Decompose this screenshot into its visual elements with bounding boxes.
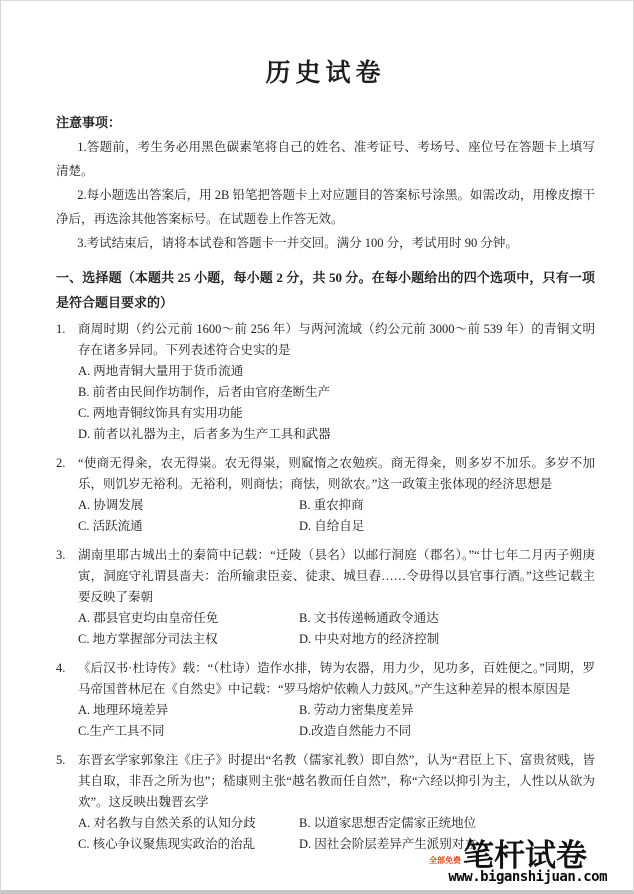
question-body: 《后汉书·杜诗传》载：“（杜诗）造作水排，铸为农器，用力少，见功多，百姓便之。”… <box>78 658 595 742</box>
question-stem: “使商无得籴，农无得粜。农无得粜，则窳惰之农勉疾。商无得籴，则多岁不加乐。多岁不… <box>78 453 595 495</box>
watermark: 全部免费 笔杆试卷 www.biganshijuan.com <box>431 828 607 886</box>
option-d: D.改造自然能力不同 <box>299 721 595 742</box>
option-c: C.生产工具不同 <box>78 721 299 742</box>
option-c: C. 地方掌握部分司法主权 <box>78 629 299 650</box>
question-number: 1. <box>56 319 78 445</box>
notices-heading: 注意事项： <box>56 111 595 135</box>
option-a: A. 郡县官吏均由皇帝任免 <box>78 608 299 629</box>
option-d: D. 前者以礼器为主，后者多为生产工具和武器 <box>78 424 595 445</box>
option-d: D. 自给自足 <box>299 516 595 537</box>
options: A. 两地青铜大量用于货币流通 B. 前者由民间作坊制作，后者由官府垄断生产 C… <box>78 361 595 445</box>
option-b: B. 劳动力密集度差异 <box>299 700 595 721</box>
question-body: 商周时期（约公元前 1600～前 256 年）与两河流域（约公元前 3000～前… <box>78 319 595 445</box>
notices-section: 注意事项： 1.答题前，考生务必用黑色碳素笔将自己的姓名、准考证号、考场号、座位… <box>56 111 595 255</box>
question-number: 3. <box>56 545 78 650</box>
question-1: 1. 商周时期（约公元前 1600～前 256 年）与两河流域（约公元前 300… <box>56 319 595 445</box>
question-3: 3. 湖南里耶古城出土的秦简中记载：“迁陵（县名）以邮行洞庭（郡名）。”“廿七年… <box>56 545 595 650</box>
watermark-brand: 笔杆试卷 <box>463 840 587 871</box>
option-c: C. 核心争议聚焦现实政治的治乱 <box>78 834 299 855</box>
question-body: 湖南里耶古城出土的秦简中记载：“迁陵（县名）以邮行洞庭（郡名）。”“廿七年二月丙… <box>78 545 595 650</box>
question-stem: 《后汉书·杜诗传》载：“（杜诗）造作水排，铸为农器，用力少，见功多，百姓便之。”… <box>78 658 595 700</box>
notice-item-2: 2.每小题选出答案后，用 2B 铅笔把答题卡上对应题目的答案标号涂黑。如需改动，… <box>56 183 595 231</box>
question-2: 2. “使商无得籴，农无得粜。农无得粜，则窳惰之农勉疾。商无得籴，则多岁不加乐。… <box>56 453 595 537</box>
option-c: C. 两地青铜纹饰具有实用功能 <box>78 403 595 424</box>
page-title: 历史试卷 <box>56 59 595 89</box>
watermark-url: www.biganshijuan.com <box>448 868 607 886</box>
option-a: A. 对名教与自然关系的认知分歧 <box>78 813 299 834</box>
question-stem: 湖南里耶古城出土的秦简中记载：“迁陵（县名）以邮行洞庭（郡名）。”“廿七年二月丙… <box>78 545 595 608</box>
options: A. 协调发展 B. 重农抑商 C. 活跃流通 D. 自给自足 <box>78 495 595 537</box>
question-number: 2. <box>56 453 78 537</box>
question-stem: 东晋玄学家郭象注《庄子》时提出“名教（儒家礼教）即自然”，认为“君臣上下、富贵贫… <box>78 750 595 813</box>
question-number: 4. <box>56 658 78 742</box>
option-c: C. 活跃流通 <box>78 516 299 537</box>
question-list: 1. 商周时期（约公元前 1600～前 256 年）与两河流域（约公元前 300… <box>56 319 595 855</box>
notice-item-1: 1.答题前，考生务必用黑色碳素笔将自己的姓名、准考证号、考场号、座位号在答题卡上… <box>56 135 595 183</box>
option-a: A. 协调发展 <box>78 495 299 516</box>
watermark-free-label: 全部免费 <box>429 857 461 865</box>
section-heading: 一、选择题（本题共 25 小题，每小题 2 分，共 50 分。在每小题给出的四个… <box>56 265 595 315</box>
question-stem: 商周时期（约公元前 1600～前 256 年）与两河流域（约公元前 3000～前… <box>78 319 595 361</box>
question-body: “使商无得籴，农无得粜。农无得粜，则窳惰之农勉疾。商无得籴，则多岁不加乐。多岁不… <box>78 453 595 537</box>
option-b: B. 前者由民间作坊制作，后者由官府垄断生产 <box>78 382 595 403</box>
option-d: D. 中央对地方的经济控制 <box>299 629 595 650</box>
question-4: 4. 《后汉书·杜诗传》载：“（杜诗）造作水排，铸为农器，用力少，见功多，百姓便… <box>56 658 595 742</box>
exam-page: 历史试卷 注意事项： 1.答题前，考生务必用黑色碳素笔将自己的姓名、准考证号、考… <box>1 1 633 890</box>
options: A. 地理环境差异 B. 劳动力密集度差异 C.生产工具不同 D.改造自然能力不… <box>78 700 595 742</box>
option-a: A. 地理环境差异 <box>78 700 299 721</box>
scanned-exam-document: { "page": { "title": "历史试卷" }, "notices"… <box>0 0 634 894</box>
notice-item-3: 3.考试结束后，请将本试卷和答题卡一并交回。满分 100 分，考试用时 90 分… <box>56 231 595 255</box>
option-a: A. 两地青铜大量用于货币流通 <box>78 361 595 382</box>
option-b: B. 重农抑商 <box>299 495 595 516</box>
options: A. 郡县官吏均由皇帝任免 B. 文书传递畅通政令通达 C. 地方掌握部分司法主… <box>78 608 595 650</box>
question-number: 5. <box>56 750 78 855</box>
option-b: B. 文书传递畅通政令通达 <box>299 608 595 629</box>
